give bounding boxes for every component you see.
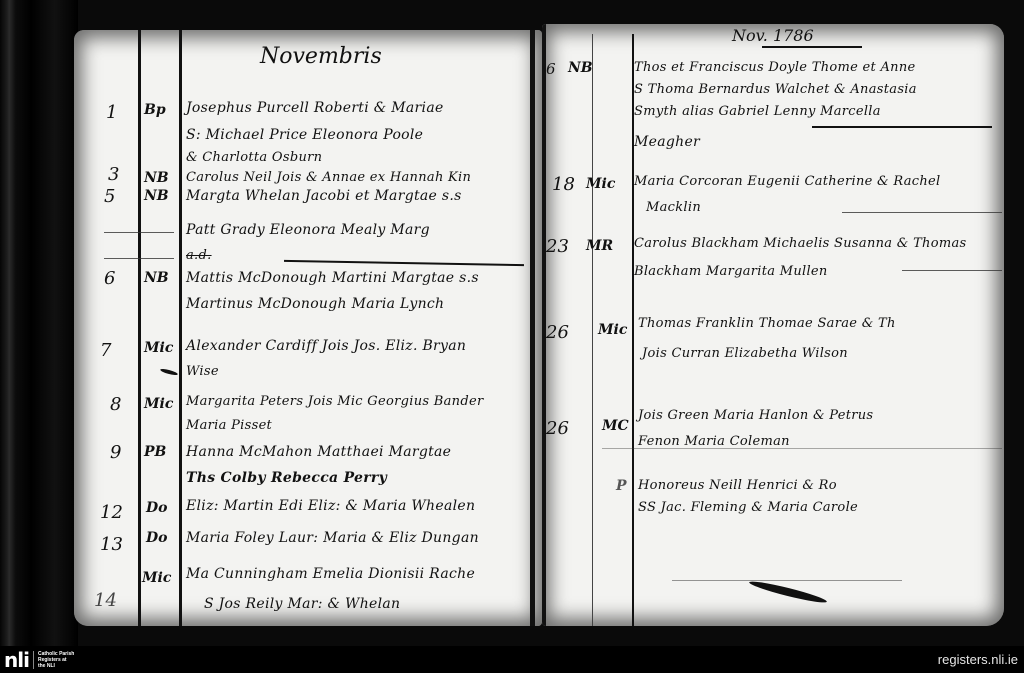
- entry-day: 14: [94, 590, 117, 611]
- column-rule: [632, 34, 634, 626]
- entry-line: Margta Whelan Jacobi et Margtae s.s: [186, 188, 462, 204]
- right-register-page: Nov. 1786 6 NB Thos et Franciscus Doyle …: [542, 24, 1004, 626]
- entry-day: 1: [106, 102, 117, 123]
- entry-code: NB: [568, 60, 593, 76]
- ink-blot: [748, 578, 828, 605]
- entry-code: Do: [146, 500, 167, 516]
- entry-code: Do: [146, 530, 167, 546]
- entry-line: Fenon Maria Coleman: [638, 434, 790, 449]
- entry-line: Wise: [186, 364, 219, 379]
- entry-line: a.d.: [186, 248, 212, 263]
- nli-logo-mark: nli: [4, 650, 29, 670]
- entry-line: Blackham Margarita Mullen: [634, 264, 828, 279]
- entry-day: 3: [108, 164, 119, 185]
- entry-line: S: Michael Price Eleonora Poole: [186, 127, 423, 143]
- entry-line: Maria Pisset: [186, 418, 272, 433]
- entry-line: Smyth alias Gabriel Lenny Marcella: [634, 104, 881, 119]
- entry-day: 7: [100, 340, 111, 361]
- entry-line: & Charlotta Osburn: [186, 150, 322, 165]
- entry-line: Macklin: [646, 200, 701, 215]
- entry-line: Carolus Neil Jois & Annae ex Hannah Kin: [186, 170, 471, 185]
- footer-bar: nli Catholic Parish Registers at the NLI…: [0, 646, 1024, 673]
- entry-day: 9: [110, 442, 121, 463]
- entry-day: 13: [100, 534, 123, 555]
- entry-line: Mattis McDonough Martini Margtae s.s: [186, 270, 479, 286]
- entry-code: Mic: [598, 322, 627, 338]
- entry-line: Maria Foley Laur: Maria & Eliz Dungan: [186, 530, 479, 546]
- entry-line: Ths Colby Rebecca Perry: [186, 470, 387, 486]
- site-link[interactable]: registers.nli.ie: [938, 652, 1018, 667]
- entry-day: 18: [552, 174, 575, 195]
- column-rule: [179, 30, 182, 626]
- entry-code: MC: [602, 418, 629, 434]
- entry-day: 23: [546, 236, 569, 257]
- entry-code: NB: [144, 188, 169, 204]
- entry-code: PB: [144, 444, 166, 460]
- entry-line: Carolus Blackham Michaelis Susanna & Tho…: [634, 236, 967, 251]
- register-image-viewer[interactable]: Novembris 1 Bp Josephus Purcell Roberti …: [0, 0, 1024, 646]
- entry-line: Hanna McMahon Matthaei Margtae: [186, 444, 451, 460]
- entry-line: S Thoma Bernardus Walchet & Anastasia: [634, 82, 917, 97]
- entry-line: Thos et Franciscus Doyle Thome et Anne: [634, 60, 916, 75]
- entry-line: Maria Corcoran Eugenii Catherine & Rache…: [634, 174, 940, 189]
- entry-line: Alexander Cardiff Jois Jos. Eliz. Bryan: [186, 338, 466, 354]
- page-binding-edge: [530, 30, 535, 626]
- column-rule: [592, 34, 593, 626]
- logo-divider: [33, 651, 34, 669]
- entry-line: Meagher: [634, 134, 700, 150]
- entry-day: 5: [104, 186, 115, 207]
- entry-code: Mic: [144, 340, 173, 356]
- entry-line: Patt Grady Eleonora Mealy Marg: [186, 222, 430, 238]
- entry-line: Martinus McDonough Maria Lynch: [186, 296, 444, 312]
- nli-logo[interactable]: nli Catholic Parish Registers at the NLI: [4, 649, 74, 671]
- entry-line: Thomas Franklin Thomae Sarae & Th: [638, 316, 896, 331]
- entry-line: Ma Cunningham Emelia Dionisii Rache: [186, 566, 475, 582]
- entry-code: Mic: [586, 176, 615, 192]
- entry-day: 26: [546, 322, 569, 343]
- entry-line: Jois Curran Elizabetha Wilson: [642, 346, 848, 361]
- entry-code: Mic: [144, 396, 173, 412]
- entry-day: 26: [546, 418, 569, 439]
- entry-code: Bp: [144, 102, 166, 118]
- entry-day: 6: [546, 60, 556, 78]
- entry-code: NB: [144, 270, 169, 286]
- month-year-heading: Nov. 1786: [732, 26, 814, 45]
- entry-code: MR: [586, 238, 613, 254]
- entry-line: Jois Green Maria Hanlon & Petrus: [638, 408, 873, 423]
- entry-line: SS Jac. Fleming & Maria Carole: [638, 500, 858, 515]
- book-binding-gutter: [0, 0, 78, 646]
- entry-code: Mic: [142, 570, 171, 586]
- entry-line: Josephus Purcell Roberti & Mariae: [186, 100, 444, 116]
- logo-text: Catholic Parish Registers at the NLI: [38, 651, 74, 669]
- entry-day: 6: [104, 268, 115, 289]
- month-heading: Novembris: [260, 44, 382, 69]
- entry-code: P: [616, 478, 627, 494]
- entry-line: Margarita Peters Jois Mic Georgius Bande…: [186, 394, 483, 409]
- left-register-page: Novembris 1 Bp Josephus Purcell Roberti …: [74, 30, 542, 626]
- entry-day: 8: [110, 394, 121, 415]
- column-rule: [138, 30, 141, 626]
- entry-line: Eliz: Martin Edi Eliz: & Maria Whealen: [186, 498, 475, 514]
- entry-line: Honoreus Neill Henrici & Ro: [638, 478, 837, 493]
- entry-day: 12: [100, 502, 123, 523]
- entry-code: NB: [144, 170, 169, 186]
- entry-line: S Jos Reily Mar: & Whelan: [204, 596, 400, 612]
